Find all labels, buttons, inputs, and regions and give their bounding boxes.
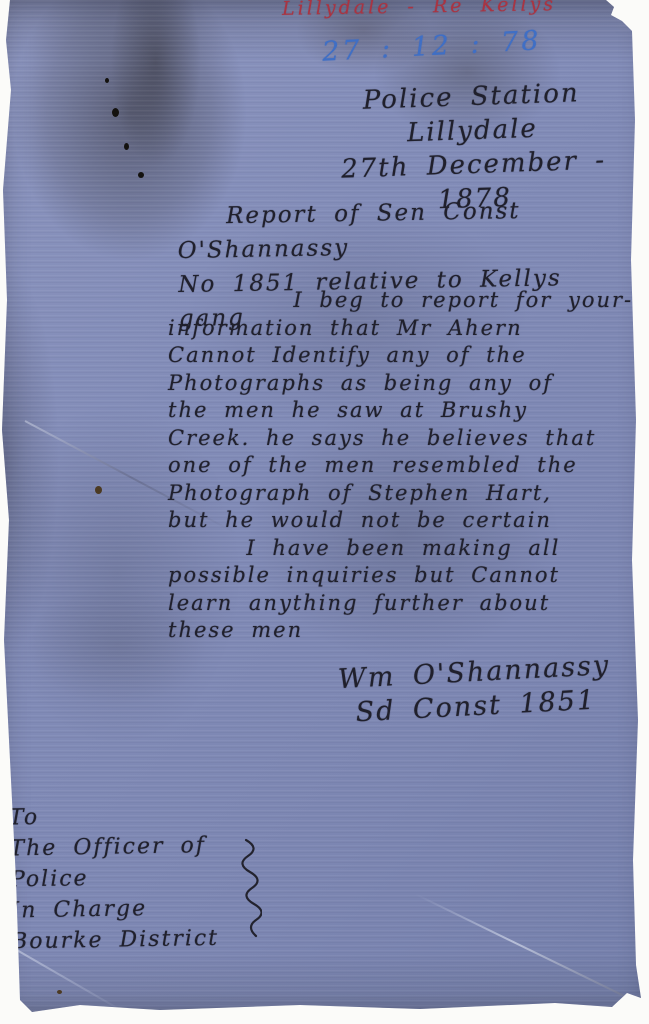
- ink-speck: [95, 486, 102, 494]
- letter-paper: Lillydale - Re Kellys 27 : 12 : 78 Polic…: [0, 0, 649, 1024]
- ink-speck: [57, 990, 62, 994]
- crease-bottom-right: [415, 893, 649, 1015]
- address-brace-squiggle: [228, 838, 262, 940]
- ink-speck: [124, 143, 129, 150]
- report-body-text: I beg to report for your- information th…: [168, 287, 638, 645]
- signature-block: Wm O'Shannassy Sd Const 1851: [328, 648, 621, 731]
- date-note-blue: 27 : 12 : 78: [321, 26, 542, 67]
- ink-speck: [138, 172, 144, 178]
- scan-background: Lillydale - Re Kellys 27 : 12 : 78 Polic…: [0, 0, 649, 1024]
- filing-note-red: Lillydale - Re Kellys: [282, 0, 612, 21]
- ink-speck: [105, 78, 109, 83]
- ink-speck: [112, 108, 119, 117]
- crease-bottom-left: [15, 948, 129, 1015]
